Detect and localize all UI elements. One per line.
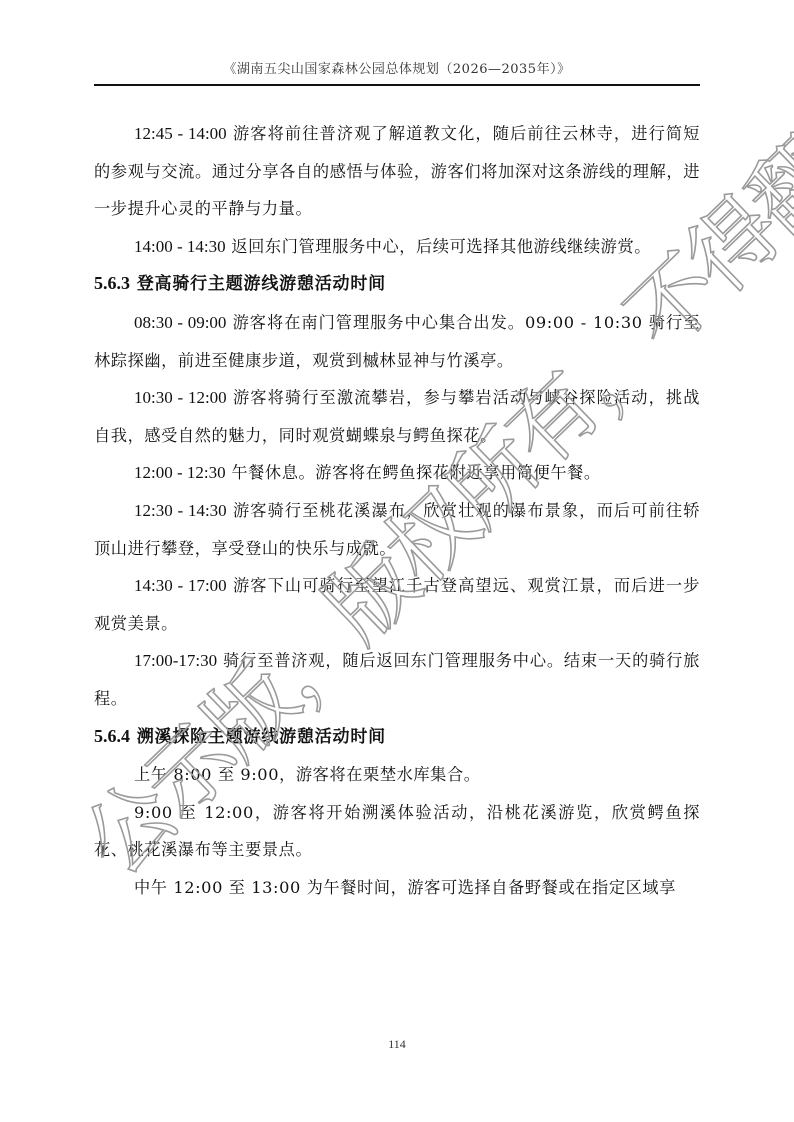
section-heading-5-6-4: 5.6.4 溯溪探险主题游线游憩活动时间 xyxy=(94,718,700,757)
document-page: 《湖南五尖山国家森林公园总体规划（2026—2035年）》 12:45 - 14… xyxy=(0,0,794,1122)
paragraph-10: 9:00 至 12:00，游客将开始溯溪体验活动，沿桃花溪游览，欣赏鳄鱼探花、桃… xyxy=(94,794,700,869)
paragraph-2: 14:00 - 14:30 返回东门管理服务中心，后续可选择其他游线继续游赏。 xyxy=(94,228,700,266)
time-range: 12:45 - 14:00 xyxy=(134,124,227,143)
paragraph-text: 返回东门管理服务中心，后续可选择其他游线继续游赏。 xyxy=(226,237,651,256)
header-rule xyxy=(94,84,700,86)
time-range: 17:00-17:30 xyxy=(134,651,217,670)
section-number: 5.6.3 xyxy=(94,273,130,293)
page-number: 114 xyxy=(0,1037,794,1052)
paragraph-1: 12:45 - 14:00 游客将前往普济观了解道教文化，随后前往云林寺，进行简… xyxy=(94,115,700,228)
paragraph-8: 17:00-17:30 骑行至普济观，随后返回东门管理服务中心。结束一天的骑行旅… xyxy=(94,642,700,717)
section-title: 溯溪探险主题游线游憩活动时间 xyxy=(130,727,386,747)
paragraph-9: 上午 8:00 至 9:00，游客将在栗埜水库集合。 xyxy=(94,756,700,794)
time-range: 12:00 - 12:30 xyxy=(134,463,226,482)
time-range: 10:30 - 12:00 xyxy=(134,388,227,407)
section-title: 登高骑行主题游线游憩活动时间 xyxy=(130,274,386,294)
paragraph-4: 10:30 - 12:00 游客将骑行至激流攀岩，参与攀岩活动与峡谷探险活动，挑… xyxy=(94,379,700,454)
running-header: 《湖南五尖山国家森林公园总体规划（2026—2035年）》 xyxy=(0,58,794,77)
time-range: 14:00 - 14:30 xyxy=(134,237,226,256)
paragraph-7: 14:30 - 17:00 游客下山可骑行至望江千古登高望远、观赏江景，而后进一… xyxy=(94,567,700,642)
section-number: 5.6.4 xyxy=(94,726,130,746)
paragraph-11: 中午 12:00 至 13:00 为午餐时间，游客可选择自备野餐或在指定区域享 xyxy=(94,869,700,907)
paragraph-6: 12:30 - 14:30 游客骑行至桃花溪瀑布，欣赏壮观的瀑布景象，而后可前往… xyxy=(94,492,700,567)
paragraph-text: 午餐休息。游客将在鳄鱼探花附近享用简便午餐。 xyxy=(226,463,601,482)
time-range: 14:30 - 17:00 xyxy=(134,576,227,595)
paragraph-3: 08:30 - 09:00 游客将在南门管理服务中心集合出发。09:00 - 1… xyxy=(94,304,700,379)
time-range: 12:30 - 14:30 xyxy=(134,501,227,520)
time-range: 08:30 - 09:00 xyxy=(134,313,226,332)
document-body: 12:45 - 14:00 游客将前往普济观了解道教文化，随后前往云林寺，进行简… xyxy=(94,115,700,906)
paragraph-5: 12:00 - 12:30 午餐休息。游客将在鳄鱼探花附近享用简便午餐。 xyxy=(94,454,700,492)
section-heading-5-6-3: 5.6.3 登高骑行主题游线游憩活动时间 xyxy=(94,265,700,304)
